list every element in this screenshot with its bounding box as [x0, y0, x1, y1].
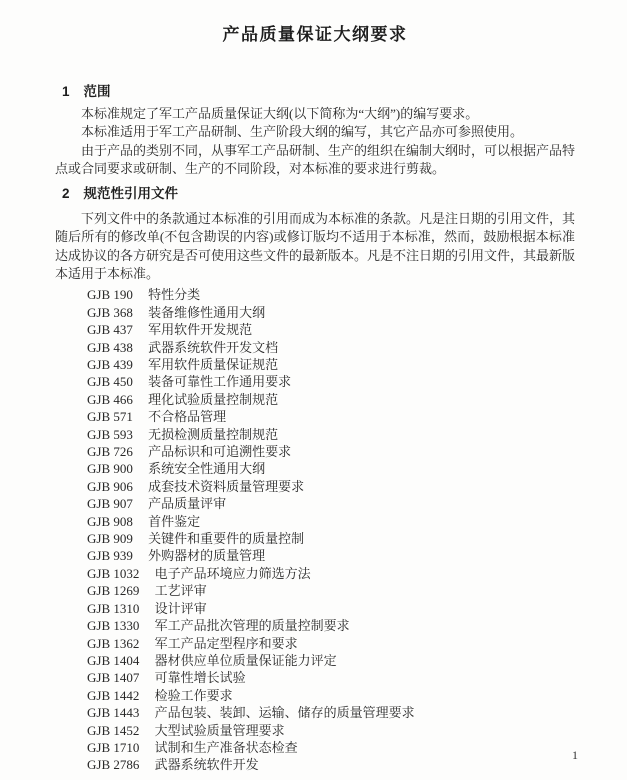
section-number: 2 [62, 185, 70, 203]
reference-item: GJB 190 特性分类 [87, 286, 575, 303]
reference-list: GJB 190 特性分类 GJB 368 装备维修性通用大纲 GJB 437 军… [87, 286, 575, 773]
reference-title: 武器系统软件开发 [155, 757, 259, 772]
reference-code: GJB 1710 [87, 740, 139, 755]
reference-title: 军工产品批次管理的质量控制要求 [155, 618, 350, 633]
reference-item: GJB 726 产品标识和可追溯性要求 [87, 443, 575, 460]
reference-title: 大型试验质量管理要求 [155, 723, 285, 738]
reference-title: 系统安全性通用大纲 [148, 461, 265, 476]
reference-code: GJB 593 [87, 427, 133, 442]
reference-title: 产品标识和可追溯性要求 [148, 444, 291, 459]
reference-title: 军工产品定型程序和要求 [155, 636, 298, 651]
section-number: 1 [62, 83, 70, 101]
reference-title: 特性分类 [148, 287, 200, 302]
reference-code: GJB 900 [87, 461, 133, 476]
section-heading-scope: 1 范围 [62, 83, 575, 101]
reference-code: GJB 939 [87, 548, 133, 563]
reference-code: GJB 2786 [87, 757, 139, 772]
section-scope-paragraphs: 本标准规定了军工产品质量保证大纲(以下简称为“大纲”)的编写要求。 本标准适用于… [55, 105, 575, 178]
reference-item: GJB 1442 检验工作要求 [87, 687, 575, 704]
reference-item: GJB 908 首件鉴定 [87, 513, 575, 530]
reference-title: 器材供应单位质量保证能力评定 [155, 653, 337, 668]
reference-title: 首件鉴定 [148, 514, 200, 529]
reference-item: GJB 1443 产品包装、装卸、运输、储存的质量管理要求 [87, 704, 575, 721]
reference-item: GJB 1032 电子产品环境应力筛选方法 [87, 565, 575, 582]
reference-title: 关键件和重要件的质量控制 [148, 531, 304, 546]
reference-code: GJB 726 [87, 444, 133, 459]
reference-item: GJB 907 产品质量评审 [87, 495, 575, 512]
reference-code: GJB 1330 [87, 618, 139, 633]
document-page: 产品质量保证大纲要求 1 范围 本标准规定了军工产品质量保证大纲(以下简称为“大… [0, 0, 627, 780]
reference-title: 电子产品环境应力筛选方法 [155, 566, 311, 581]
reference-code: GJB 368 [87, 305, 133, 320]
reference-item: GJB 939 外购器材的质量管理 [87, 547, 575, 564]
reference-item: GJB 906 成套技术资料质量管理要求 [87, 478, 575, 495]
reference-item: GJB 1710 试制和生产准备状态检查 [87, 739, 575, 756]
reference-item: GJB 909 关键件和重要件的质量控制 [87, 530, 575, 547]
reference-title: 理化试验质量控制规范 [148, 392, 278, 407]
reference-item: GJB 571 不合格品管理 [87, 408, 575, 425]
reference-item: GJB 438 武器系统软件开发文档 [87, 339, 575, 356]
reference-code: GJB 1407 [87, 670, 139, 685]
page-title: 产品质量保证大纲要求 [55, 20, 575, 45]
reference-code: GJB 909 [87, 531, 133, 546]
reference-item: GJB 466 理化试验质量控制规范 [87, 391, 575, 408]
reference-item: GJB 1310 设计评审 [87, 600, 575, 617]
reference-item: GJB 450 装备可靠性工作通用要求 [87, 373, 575, 390]
paragraph: 由于产品的类别不同，从事军工产品研制、生产的组织在编制大纲时，可以根据产品特点或… [55, 142, 575, 179]
reference-code: GJB 907 [87, 496, 133, 511]
section-heading-references: 2 规范性引用文件 [62, 185, 575, 203]
reference-title: 装备可靠性工作通用要求 [148, 374, 291, 389]
reference-title: 产品包装、装卸、运输、储存的质量管理要求 [155, 705, 415, 720]
section-references-paragraphs: 下列文件中的条款通过本标准的引用而成为本标准的条款。凡是注日期的引用文件，其随后… [55, 210, 575, 283]
reference-item: GJB 439 军用软件质量保证规范 [87, 356, 575, 373]
reference-code: GJB 1310 [87, 601, 139, 616]
reference-code: GJB 1032 [87, 566, 139, 581]
reference-title: 可靠性增长试验 [155, 670, 246, 685]
paragraph: 下列文件中的条款通过本标准的引用而成为本标准的条款。凡是注日期的引用文件，其随后… [55, 210, 575, 283]
reference-item: GJB 1269 工艺评审 [87, 582, 575, 599]
reference-code: GJB 438 [87, 340, 133, 355]
reference-code: GJB 190 [87, 287, 133, 302]
reference-title: 军用软件质量保证规范 [148, 357, 278, 372]
reference-title: 无损检测质量控制规范 [148, 427, 278, 442]
reference-code: GJB 908 [87, 514, 133, 529]
reference-item: GJB 900 系统安全性通用大纲 [87, 460, 575, 477]
reference-item: GJB 1407 可靠性增长试验 [87, 669, 575, 686]
reference-code: GJB 1442 [87, 688, 139, 703]
page-number: 1 [572, 748, 578, 763]
reference-code: GJB 906 [87, 479, 133, 494]
reference-title: 产品质量评审 [148, 496, 226, 511]
reference-title: 检验工作要求 [155, 688, 233, 703]
reference-title: 成套技术资料质量管理要求 [148, 479, 304, 494]
reference-item: GJB 1330 军工产品批次管理的质量控制要求 [87, 617, 575, 634]
reference-title: 装备维修性通用大纲 [148, 305, 265, 320]
reference-code: GJB 571 [87, 409, 133, 424]
paragraph: 本标准适用于军工产品研制、生产阶段大纲的编写，其它产品亦可参照使用。 [55, 123, 575, 141]
reference-item: GJB 2786 武器系统软件开发 [87, 756, 575, 773]
reference-title: 军用软件开发规范 [148, 322, 252, 337]
reference-code: GJB 437 [87, 322, 133, 337]
reference-code: GJB 450 [87, 374, 133, 389]
section-title: 范围 [84, 83, 111, 101]
reference-item: GJB 593 无损检测质量控制规范 [87, 426, 575, 443]
reference-title: 外购器材的质量管理 [148, 548, 265, 563]
section-scope: 1 范围 本标准规定了军工产品质量保证大纲(以下简称为“大纲”)的编写要求。 本… [55, 83, 575, 178]
reference-code: GJB 439 [87, 357, 133, 372]
reference-code: GJB 1443 [87, 705, 139, 720]
reference-item: GJB 437 军用软件开发规范 [87, 321, 575, 338]
reference-item: GJB 1362 军工产品定型程序和要求 [87, 635, 575, 652]
section-title: 规范性引用文件 [84, 185, 179, 203]
reference-title: 不合格品管理 [148, 409, 226, 424]
reference-code: GJB 466 [87, 392, 133, 407]
section-normative-references: 2 规范性引用文件 下列文件中的条款通过本标准的引用而成为本标准的条款。凡是注日… [55, 185, 575, 774]
reference-title: 武器系统软件开发文档 [148, 340, 278, 355]
reference-item: GJB 1404 器材供应单位质量保证能力评定 [87, 652, 575, 669]
reference-item: GJB 1452 大型试验质量管理要求 [87, 722, 575, 739]
reference-code: GJB 1362 [87, 636, 139, 651]
reference-code: GJB 1452 [87, 723, 139, 738]
reference-code: GJB 1404 [87, 653, 139, 668]
reference-code: GJB 1269 [87, 583, 139, 598]
paragraph: 本标准规定了军工产品质量保证大纲(以下简称为“大纲”)的编写要求。 [55, 105, 575, 123]
reference-title: 工艺评审 [155, 583, 207, 598]
reference-item: GJB 368 装备维修性通用大纲 [87, 304, 575, 321]
reference-title: 试制和生产准备状态检查 [155, 740, 298, 755]
reference-title: 设计评审 [155, 601, 207, 616]
